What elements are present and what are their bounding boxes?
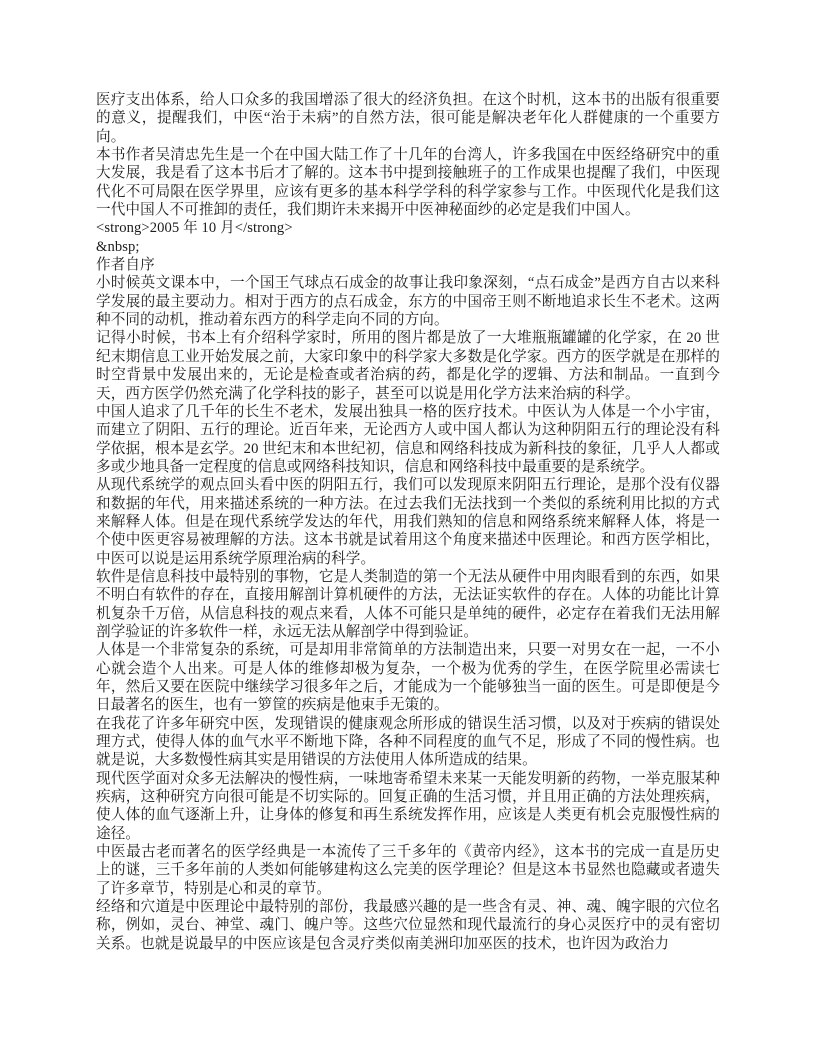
nbsp-line: &nbsp; <box>96 238 720 256</box>
paragraph-yinyang-wuxing: 中国人追求了几千年的长生不老术，发展出独具一格的医疗技术。中医认为人体是一个小宇… <box>96 403 720 476</box>
paragraph-systems-view: 从现代系统学的观点回头看中医的阴阳五行，我们可以发现原来阴阳五行理论，是那个没有… <box>96 476 720 568</box>
document-page: 医疗支出体系，给人口众多的我国增添了很大的经济负担。在这个时机，这本书的出版有很… <box>0 0 816 1056</box>
paragraph-complex-system: 人体是一个非常复杂的系统，可是却用非常简单的方法制造出来，只要一对男女在一起，一… <box>96 641 720 714</box>
paragraph-chronic-disease-cause: 在我花了许多年研究中医，发现错误的健康观念所形成的错误生活习惯，以及对于疾病的错… <box>96 715 720 770</box>
paragraph-huangdi-neijing: 中医最古老而著名的医学经典是一本流传了三千多年的《黄帝内经》，这本书的完成一直是… <box>96 843 720 898</box>
paragraph-about-author: 本书作者吴清忠先生是一个在中国大陆工作了十几年的台湾人，许多我国在中医经络研究中… <box>96 146 720 219</box>
paragraph-midas-story: 小时候英文课本中，一个国王气球点石成金的故事让我印象深刻，“点石成金”是西方自古… <box>96 274 720 329</box>
paragraph-foreword-continuation: 医疗支出体系，给人口众多的我国增添了很大的经济负担。在这个时机，这本书的出版有很… <box>96 91 720 146</box>
paragraph-modern-medicine: 现代医学面对众多无法解决的慢性病，一味地寄希望未来某一天能发明新的药物，一举克服… <box>96 770 720 843</box>
paragraph-software-analogy: 软件是信息科技中最特别的事物，它是人类制造的第一个无法从硬件中用肉眼看到的东西，… <box>96 568 720 641</box>
paragraph-chemists: 记得小时候，书本上有介绍科学家时，所用的图片都是放了一大堆瓶瓶罐罐的化学家，在 … <box>96 329 720 402</box>
preface-title: 作者自序 <box>96 256 720 274</box>
paragraph-meridians-acupoints: 经络和穴道是中医理论中最特别的部份，我最感兴趣的是一些含有灵、神、魂、魄字眼的穴… <box>96 898 720 953</box>
date-line: <strong>2005 年 10 月</strong> <box>96 219 720 237</box>
